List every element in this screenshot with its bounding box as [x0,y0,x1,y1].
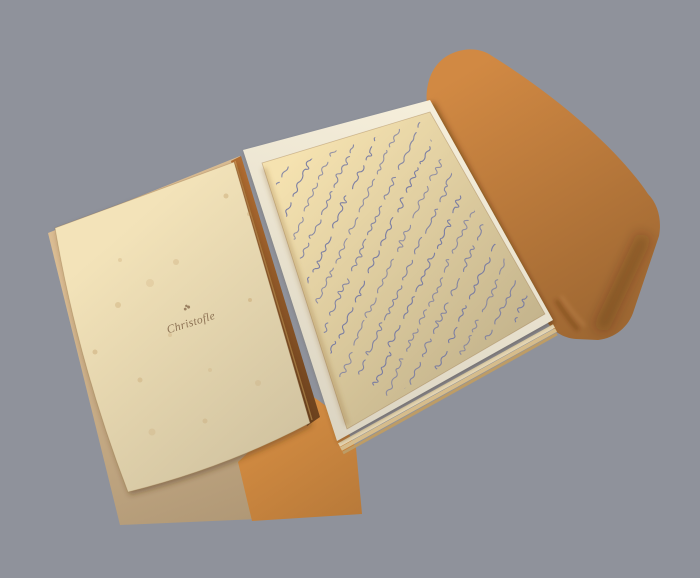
foxing-spot [173,259,179,265]
foxing-spot [203,419,208,424]
foxing-spot [247,212,251,216]
foxing-spot [255,380,261,386]
foxing-spot [248,298,252,302]
foxing-spot [149,429,156,436]
christofle-folder-photo: Christofle [0,0,700,578]
photo-stage: Christofle [0,0,700,578]
foxing-spot [208,368,212,372]
foxing-spot [115,302,121,308]
foxing-spot [93,350,98,355]
foxing-spot [146,279,154,287]
foxing-spot [118,258,122,262]
foxing-spot [138,378,143,383]
foxing-spot [224,194,229,199]
